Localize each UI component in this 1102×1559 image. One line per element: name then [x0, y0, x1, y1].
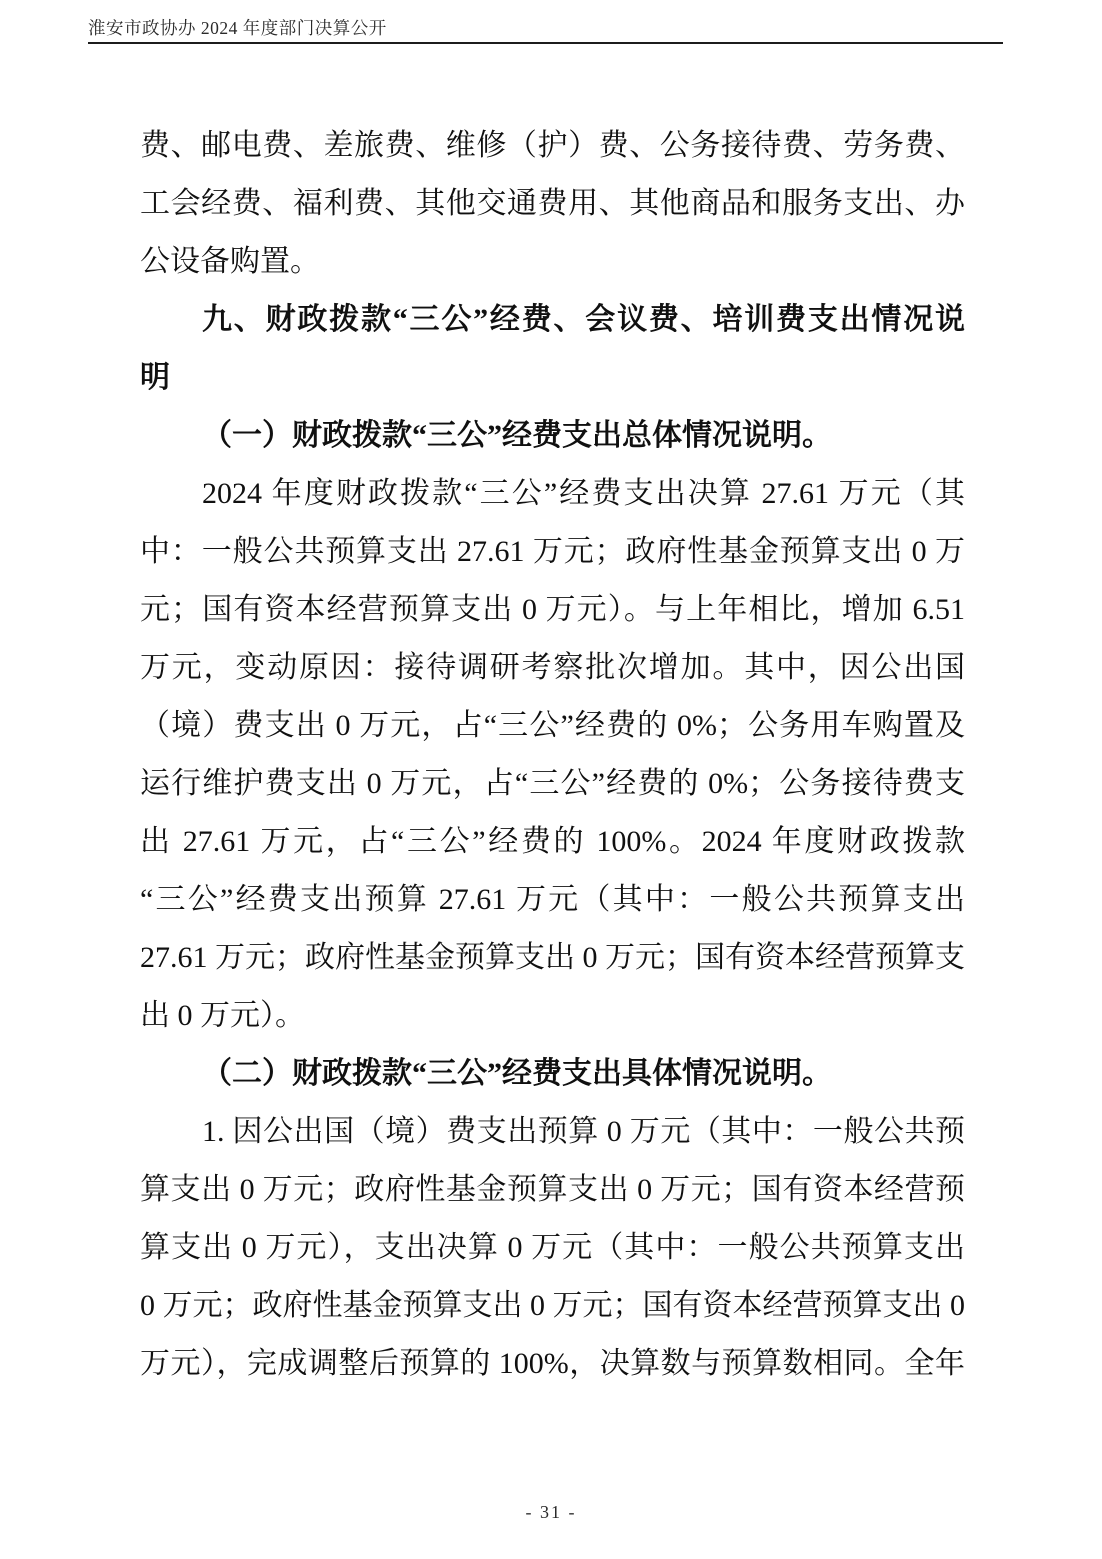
paragraph-line: 算支出 0 万元；政府性基金预算支出 0 万元；国有资本经营预	[140, 1161, 965, 1219]
paragraph-line: 1. 因公出国（境）费支出预算 0 万元（其中：一般公共预	[140, 1103, 965, 1161]
paragraph-line: 27.61 万元；政府性基金预算支出 0 万元；国有资本经营预算支	[140, 929, 965, 987]
paragraph-line: 2024 年度财政拨款“三公”经费支出决算 27.61 万元（其	[140, 465, 965, 523]
paragraph-line: 运行维护费支出 0 万元，占“三公”经费的 0%；公务接待费支	[140, 755, 965, 813]
header-rule	[88, 42, 1003, 44]
paragraph: 1. 因公出国（境）费支出预算 0 万元（其中：一般公共预算支出 0 万元；政府…	[140, 1103, 965, 1393]
document-page: 淮安市政协办 2024 年度部门决算公开 费、邮电费、差旅费、维修（护）费、公务…	[0, 0, 1102, 1559]
paragraph-line: 算支出 0 万元），支出决算 0 万元（其中：一般公共预算支出	[140, 1219, 965, 1277]
heading-line: （二）财政拨款“三公”经费支出具体情况说明。	[140, 1045, 965, 1103]
paragraph-line: 万元，变动原因：接待调研考察批次增加。其中，因公出国	[140, 639, 965, 697]
paragraph-line: 工会经费、福利费、其他交通费用、其他商品和服务支出、办	[140, 175, 965, 233]
heading: （一）财政拨款“三公”经费支出总体情况说明。	[140, 407, 965, 465]
header-title: 淮安市政协办 2024 年度部门决算公开	[88, 17, 1003, 39]
paragraph-line: 出 27.61 万元，占“三公”经费的 100%。2024 年度财政拨款	[140, 813, 965, 871]
paragraph: 费、邮电费、差旅费、维修（护）费、公务接待费、劳务费、工会经费、福利费、其他交通…	[140, 117, 965, 291]
paragraph-line: 元；国有资本经营预算支出 0 万元）。与上年相比，增加 6.51	[140, 581, 965, 639]
paragraph-line: 出 0 万元）。	[140, 987, 965, 1045]
document-body: 费、邮电费、差旅费、维修（护）费、公务接待费、劳务费、工会经费、福利费、其他交通…	[140, 117, 965, 1393]
paragraph-line: 中：一般公共预算支出 27.61 万元；政府性基金预算支出 0 万	[140, 523, 965, 581]
heading-line: 九、财政拨款“三公”经费、会议费、培训费支出情况说	[140, 291, 965, 349]
page-number: - 31 -	[526, 1502, 577, 1522]
paragraph: 2024 年度财政拨款“三公”经费支出决算 27.61 万元（其中：一般公共预算…	[140, 465, 965, 1045]
paragraph-line: 费、邮电费、差旅费、维修（护）费、公务接待费、劳务费、	[140, 117, 965, 175]
page-header: 淮安市政协办 2024 年度部门决算公开	[88, 17, 1003, 44]
heading-line: 明	[140, 349, 965, 407]
page-footer: - 31 -	[0, 1502, 1102, 1523]
heading-line: （一）财政拨款“三公”经费支出总体情况说明。	[140, 407, 965, 465]
paragraph-line: 0 万元；政府性基金预算支出 0 万元；国有资本经营预算支出 0	[140, 1277, 965, 1335]
paragraph-line: （境）费支出 0 万元，占“三公”经费的 0%；公务用车购置及	[140, 697, 965, 755]
paragraph-line: “三公”经费支出预算 27.61 万元（其中：一般公共预算支出	[140, 871, 965, 929]
paragraph-line: 公设备购置。	[140, 233, 965, 291]
paragraph-line: 万元），完成调整后预算的 100%，决算数与预算数相同。全年	[140, 1335, 965, 1393]
heading: 九、财政拨款“三公”经费、会议费、培训费支出情况说明	[140, 291, 965, 407]
heading: （二）财政拨款“三公”经费支出具体情况说明。	[140, 1045, 965, 1103]
